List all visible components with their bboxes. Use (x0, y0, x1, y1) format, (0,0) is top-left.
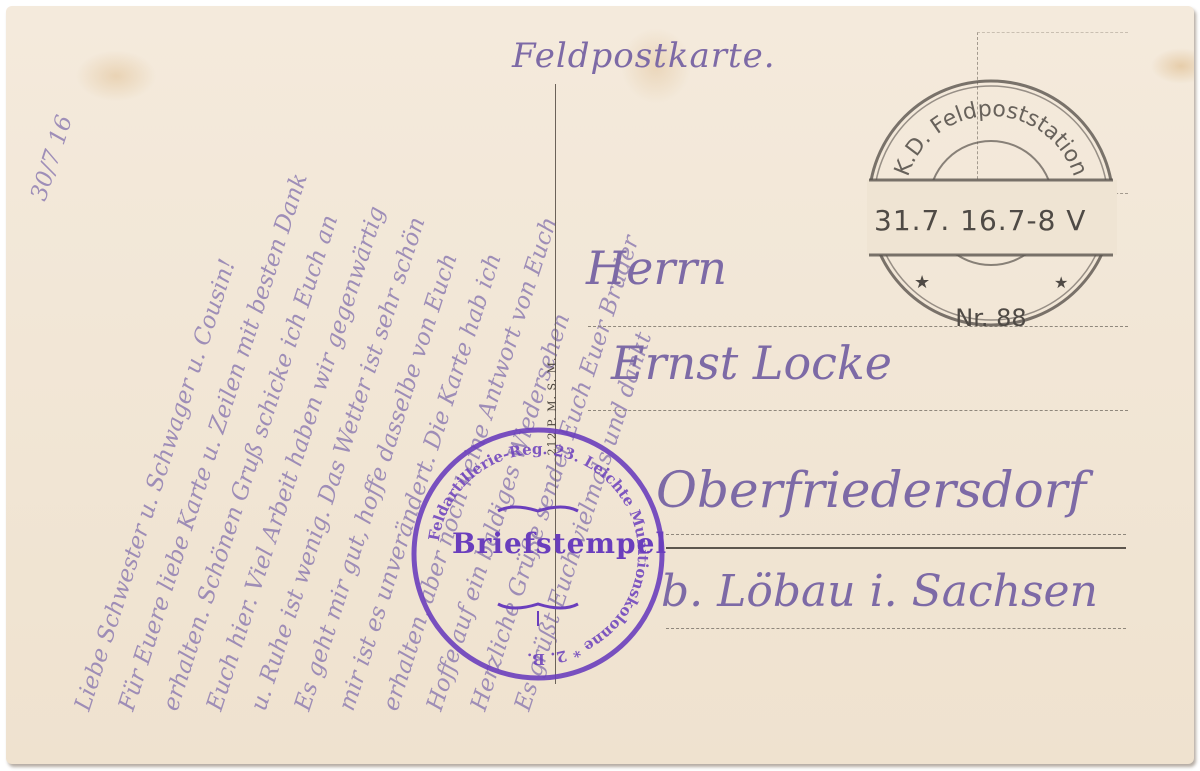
address-salutation: Herrn (586, 241, 727, 295)
address-line-3 (666, 534, 1126, 535)
address-line-4 (666, 628, 1126, 629)
address-town: Oberfriedersdorf (656, 461, 1086, 519)
postmark-date: 31.7. 16.7-8 V (874, 204, 1086, 237)
feldpostkarte-heading: Feldpostkarte. (512, 36, 776, 76)
address-line-2 (588, 410, 1128, 411)
postmark-cancel: K.D. Feldpoststation ★ ★ Nr. 88 (864, 76, 1118, 330)
svg-text:Nr. 88: Nr. 88 (955, 304, 1026, 330)
svg-text:★: ★ (1054, 273, 1068, 292)
address-region: b. Löbau i. Sachsen (661, 566, 1098, 617)
address-name: Ernst Locke (611, 336, 892, 390)
star-left: ★ (914, 272, 930, 293)
postcard: 30/7 16Liebe Schwester u. Schwager u. Co… (6, 6, 1194, 764)
briefstempel-label: Briefstempel (452, 527, 667, 560)
message-line: 30/7 16 (26, 112, 78, 204)
address-solid-line (666, 547, 1126, 549)
